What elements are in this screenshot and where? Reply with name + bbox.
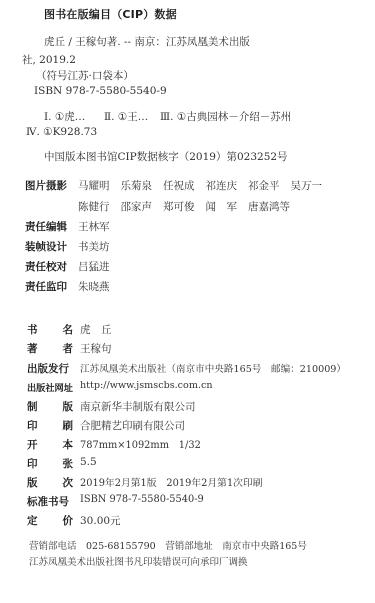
- photographer-name: 闻 军: [206, 199, 238, 214]
- cip-class-1: Ⅰ. ①虎…: [44, 109, 85, 124]
- detail-value-sheets: 5.5: [80, 456, 97, 468]
- role-label-editor: 责任编辑: [25, 219, 67, 234]
- role-value-print-supervisor: 朱晓燕: [78, 279, 110, 294]
- photographer-name: 祁连庆: [206, 178, 238, 193]
- detail-value-website: http://www.jsmscbs.com.cn: [80, 380, 213, 391]
- role-value-editor: 王林军: [78, 219, 110, 234]
- detail-label-printer: 印刷: [27, 418, 73, 433]
- photography-names-row1: 马耀明 乐菊泉 任祝成 祁连庆 祁金平 吴万一: [78, 178, 333, 193]
- detail-value-printer: 合肥精艺印刷有限公司: [80, 418, 185, 433]
- detail-label-edition: 版次: [27, 475, 73, 490]
- detail-value-plate: 南京新华丰制版有限公司: [80, 399, 196, 414]
- cip-line-isbn: ISBN 978-7-5580-5540-9: [34, 85, 167, 97]
- detail-label-sheets: 印张: [27, 456, 73, 471]
- photographer-name: 任祝成: [163, 178, 195, 193]
- photographer-name: 马耀明: [78, 178, 110, 193]
- cip-line-series: （符号江苏·口袋本）: [36, 68, 134, 83]
- cip-heading: 图书在版编目（CIP）数据: [44, 6, 177, 22]
- detail-value-price: 30.00元: [80, 513, 121, 528]
- detail-label-website: 出版社网址: [27, 380, 73, 394]
- detail-label-price: 定价: [27, 513, 73, 528]
- photographer-name: 祁金平: [248, 178, 280, 193]
- detail-value-title: 虎 丘: [80, 322, 112, 337]
- photographer-name: 乐菊泉: [121, 178, 153, 193]
- detail-label-plate: 制版: [27, 399, 73, 414]
- detail-value-publisher: 江苏凤凰美术出版社（南京市中央路165号 邮编：210009）: [80, 361, 346, 375]
- photographer-name: 陈健行: [78, 199, 110, 214]
- photography-names-row2: 陈健行 邵家声 郑可俊 闻 军 唐嘉鸿等: [78, 199, 301, 214]
- detail-value-format: 787mm×1092mm 1/32: [80, 437, 201, 451]
- footer-marketing-contact: 营销部电话 025-68155790 营销部地址 南京市中央路165号: [29, 538, 307, 552]
- role-label-design: 装帧设计: [25, 239, 67, 254]
- role-label-print-supervisor: 责任监印: [25, 279, 67, 294]
- photographer-name: 邵家声: [121, 199, 153, 214]
- detail-value-edition: 2019年2月第1版 2019年2月第1次印刷: [80, 475, 263, 489]
- role-value-proofreader: 吕猛进: [78, 259, 110, 274]
- detail-label-title: 书名: [27, 322, 73, 337]
- cip-class-4: Ⅳ. ①K928.73: [26, 126, 97, 138]
- cip-verification: 中国版本图书馆CIP数据核字（2019）第023252号: [44, 149, 288, 164]
- photography-label: 图片摄影: [25, 178, 67, 193]
- photographer-name: 唐嘉鸿等: [248, 199, 290, 214]
- detail-label-publisher: 出版发行: [27, 361, 69, 376]
- cip-line-title: 虎丘 / 王稼句著. -- 南京：江苏凤凰美术出版: [44, 34, 250, 49]
- cip-class-2: Ⅱ. ①王…: [104, 109, 148, 124]
- photographer-name: 郑可俊: [163, 199, 195, 214]
- detail-label-format: 开本: [27, 437, 73, 452]
- role-label-proofreader: 责任校对: [25, 259, 67, 274]
- footer-replacement-notice: 江苏凤凰美术出版社图书凡印装错误可向承印厂调换: [29, 554, 248, 568]
- detail-value-author: 王稼句: [80, 341, 112, 356]
- detail-label-author: 著者: [27, 341, 73, 356]
- role-value-design: 书美坊: [78, 239, 110, 254]
- detail-label-isbn: 标准书号: [27, 494, 69, 509]
- cip-class-3: Ⅲ. ①古典园林－介绍－苏州: [160, 109, 291, 124]
- detail-value-isbn: ISBN 978-7-5580-5540-9: [80, 494, 204, 505]
- cip-line-publisher-cont: 社, 2019.2: [22, 52, 76, 67]
- photographer-name: 吴万一: [291, 178, 323, 193]
